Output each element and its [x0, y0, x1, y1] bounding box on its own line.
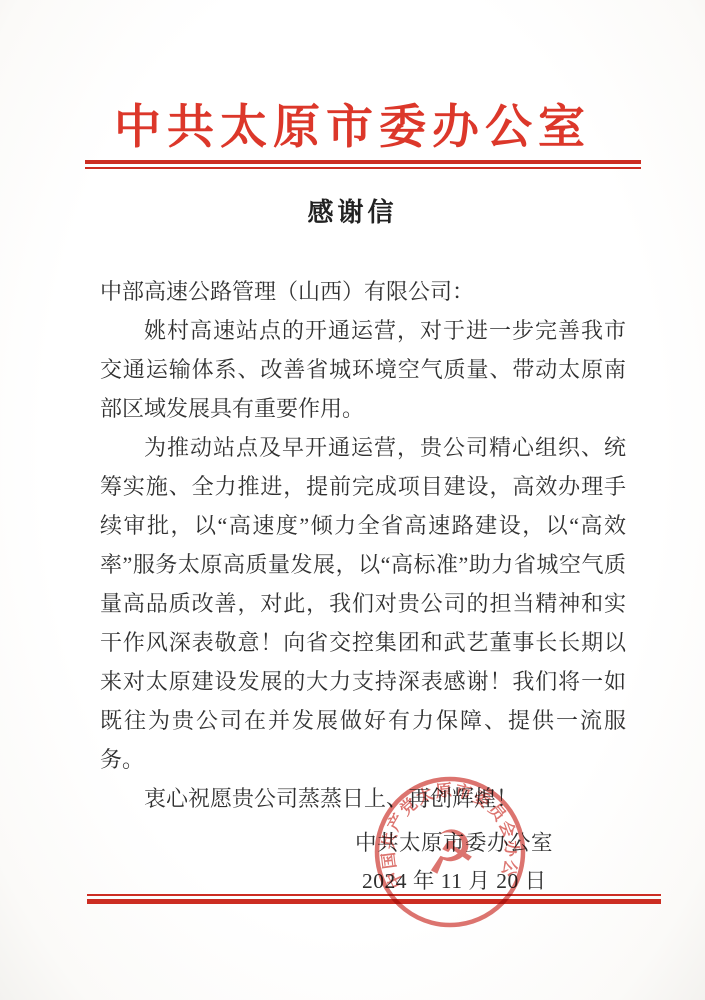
paragraph-1: 姚村高速站点的开通运营，对于进一步完善我市交通运输体系、改善省城环境空气质量、带… — [100, 311, 626, 428]
hammer-sickle-icon: ☭ — [420, 815, 480, 889]
scanned-letter-page: 中共太原市委办公室 感谢信 中部高速公路管理（山西）有限公司： 姚村高速站点的开… — [0, 0, 705, 1000]
divider-thick-line — [87, 899, 661, 904]
paragraph-2: 为推动站点及早开通运营，贵公司精心组织、统筹实施、全力推进，提前完成项目建设，高… — [100, 428, 626, 779]
letterhead-org-title: 中共太原市委办公室 — [0, 90, 705, 157]
divider-thin-line — [85, 167, 641, 169]
official-seal: 中国共产党太原市委员会办公室 ☭ — [361, 763, 539, 941]
letterhead-divider — [85, 160, 641, 169]
letter-title: 感谢信 — [0, 192, 705, 229]
letter-body: 中部高速公路管理（山西）有限公司： 姚村高速站点的开通运营，对于进一步完善我市交… — [100, 272, 626, 818]
salutation: 中部高速公路管理（山西）有限公司： — [100, 272, 626, 311]
